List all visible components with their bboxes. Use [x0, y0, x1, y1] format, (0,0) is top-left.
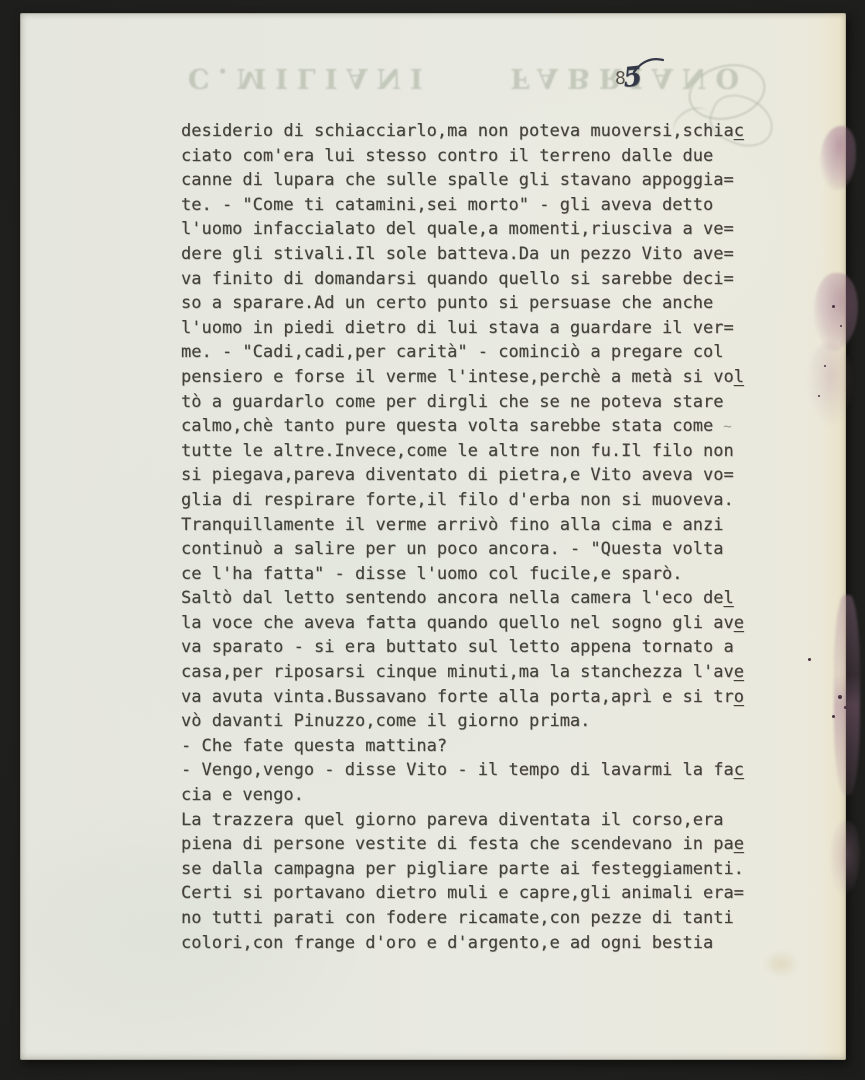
text-line-body: glia di respirare forte,il filo d'erba n… — [181, 490, 734, 510]
text-line-body: l'uomo infaccialato del quale,a momenti,… — [181, 219, 734, 239]
text-line-body: colori,con frange d'oro e d'argento,e ad… — [181, 933, 713, 953]
text-line-body: va avuta vinta.Bussavano forte alla port… — [181, 687, 734, 707]
stain-speck — [832, 305, 835, 308]
text-line-body: va sparato - si era buttato sul letto ap… — [181, 637, 734, 657]
underlined-char: e — [734, 662, 744, 682]
text-line: me. - "Cadi,cadi,per carità" - cominciò … — [181, 340, 771, 365]
text-line: pensiero e forse il verme l'intese,perch… — [181, 365, 771, 390]
page-number: 85 — [615, 60, 642, 100]
underlined-char: l — [723, 588, 733, 608]
text-line-body: se dalla campagna per pigliare parte ai … — [181, 859, 744, 879]
text-line: va finito di domandarsi quando quello si… — [181, 267, 771, 292]
text-line-body: - Vengo,vengo - disse Vito - il tempo di… — [181, 760, 734, 780]
stain-speck — [838, 695, 842, 699]
text-line-body: calmo,chè tanto pure questa volta sarebb… — [181, 416, 713, 436]
text-line: - Che fate questa mattina? — [181, 734, 771, 759]
stain-speck — [824, 365, 826, 367]
text-line: ce l'ha fatta" - disse l'uomo col fucile… — [181, 562, 771, 587]
text-line: canne di lupara che sulle spalle gli sta… — [181, 168, 771, 193]
text-line: calmo,chè tanto pure questa volta sarebb… — [181, 414, 771, 439]
text-line: colori,con frange d'oro e d'argento,e ad… — [181, 931, 771, 956]
text-line-body: ciato com'era lui stesso contro il terre… — [181, 146, 713, 166]
stain-speck — [844, 706, 847, 709]
text-line: desiderio di schiacciarlo,ma non poteva … — [181, 119, 771, 144]
text-line: glia di respirare forte,il filo d'erba n… — [181, 488, 771, 513]
stain-speck — [818, 395, 820, 397]
text-line-body: tò a guardarlo come per dirgli che se ne… — [181, 392, 723, 412]
ink-flourish-icon — [631, 54, 665, 76]
text-line-body: tutte le altre.Invece,come le altre non … — [181, 441, 734, 461]
text-line: va sparato - si era buttato sul letto ap… — [181, 635, 771, 660]
text-line: piena di persone vestite di festa che sc… — [181, 832, 771, 857]
text-line: va avuta vinta.Bussavano forte alla port… — [181, 685, 771, 710]
underlined-char: l — [734, 367, 744, 387]
underlined-char: c — [734, 760, 744, 780]
stain-speck — [832, 715, 835, 718]
text-line: se dalla campagna per pigliare parte ai … — [181, 857, 771, 882]
aged-edge — [820, 13, 846, 1060]
stain — [814, 273, 858, 351]
text-line-body: cia e vengo. — [181, 785, 304, 805]
text-line-body: pensiero e forse il verme l'intese,perch… — [181, 367, 734, 387]
text-line: Certi si portavano dietro muli e capre,g… — [181, 881, 771, 906]
text-line-body: me. - "Cadi,cadi,per carità" - cominciò … — [181, 342, 723, 362]
text-line-body: vò davanti Pinuzzo,come il giorno prima. — [181, 711, 590, 731]
text-line-body: piena di persone vestite di festa che sc… — [181, 834, 734, 854]
text-line: tutte le altre.Invece,come le altre non … — [181, 439, 771, 464]
text-line-body: Tranquillamente il verme arrivò fino all… — [181, 515, 723, 535]
text-line: dere gli stivali.Il sole batteva.Da un p… — [181, 242, 771, 267]
text-line: - Vengo,vengo - disse Vito - il tempo di… — [181, 758, 771, 783]
scanner-background: C.MILIANI FABRIANO 85 desiderio di schia… — [0, 0, 865, 1080]
text-line-body: no tutti parati con fodere ricamate,con … — [181, 908, 734, 928]
stain — [808, 343, 854, 425]
text-line-body: casa,per riposarsi cinque minuti,ma la s… — [181, 662, 734, 682]
text-line-body: so a sparare.Ad un certo punto si persua… — [181, 293, 713, 313]
text-line: so a sparare.Ad un certo punto si persua… — [181, 291, 771, 316]
underlined-char: e — [734, 613, 744, 633]
text-line-body: dere gli stivali.Il sole batteva.Da un p… — [181, 244, 734, 264]
typewritten-text-block: desiderio di schiacciarlo,ma non poteva … — [181, 119, 771, 955]
text-line: si piegava,pareva diventato di pietra,e … — [181, 463, 771, 488]
text-line-body: ce l'ha fatta" - disse l'uomo col fucile… — [181, 564, 683, 584]
watermark-maker-text: C.MILIANI — [188, 63, 432, 94]
text-line-body: La trazzera quel giorno pareva diventata… — [181, 810, 723, 830]
text-line: Tranquillamente il verme arrivò fino all… — [181, 513, 771, 538]
text-line: no tutti parati con fodere ricamate,con … — [181, 906, 771, 931]
text-line: casa,per riposarsi cinque minuti,ma la s… — [181, 660, 771, 685]
underlined-char: e — [734, 834, 744, 854]
text-line: tò a guardarlo come per dirgli che se ne… — [181, 390, 771, 415]
text-line-body: si piegava,pareva diventato di pietra,e … — [181, 465, 734, 485]
manuscript-page: C.MILIANI FABRIANO 85 desiderio di schia… — [20, 13, 846, 1060]
text-line-body: l'uomo in piedi dietro di lui stava a gu… — [181, 318, 734, 338]
text-line-body: desiderio di schiacciarlo,ma non poteva … — [181, 121, 734, 141]
underlined-char: o — [734, 687, 744, 707]
text-line-body: - Che fate questa mattina? — [181, 736, 447, 756]
text-line-body: te. - "Come ti catamini,sei morto" - gli… — [181, 195, 713, 215]
stain — [834, 595, 860, 795]
stain-speck — [808, 658, 811, 661]
stain — [820, 126, 856, 190]
text-line: te. - "Come ti catamini,sei morto" - gli… — [181, 193, 771, 218]
text-line: la voce che aveva fatta quando quello ne… — [181, 611, 771, 636]
text-line-body: canne di lupara che sulle spalle gli sta… — [181, 170, 734, 190]
stain-speck — [840, 325, 842, 327]
text-line-body: Certi si portavano dietro muli e capre,g… — [181, 883, 744, 903]
text-line: l'uomo infaccialato del quale,a momenti,… — [181, 217, 771, 242]
text-line-body: la voce che aveva fatta quando quello ne… — [181, 613, 734, 633]
text-line: Saltò dal letto sentendo ancora nella ca… — [181, 586, 771, 611]
stain — [830, 821, 860, 895]
text-line-body: Saltò dal letto sentendo ancora nella ca… — [181, 588, 723, 608]
pencil-mark: ~ — [723, 419, 731, 435]
underlined-char: c — [734, 121, 744, 141]
text-line-body: va finito di domandarsi quando quello si… — [181, 269, 734, 289]
text-line-body: continuò a salire per un poco ancora. - … — [181, 539, 723, 559]
text-line: vò davanti Pinuzzo,come il giorno prima. — [181, 709, 771, 734]
text-line: La trazzera quel giorno pareva diventata… — [181, 808, 771, 833]
text-line: ciato com'era lui stesso contro il terre… — [181, 144, 771, 169]
text-line: continuò a salire per un poco ancora. - … — [181, 537, 771, 562]
text-line: l'uomo in piedi dietro di lui stava a gu… — [181, 316, 771, 341]
text-line: cia e vengo. — [181, 783, 771, 808]
